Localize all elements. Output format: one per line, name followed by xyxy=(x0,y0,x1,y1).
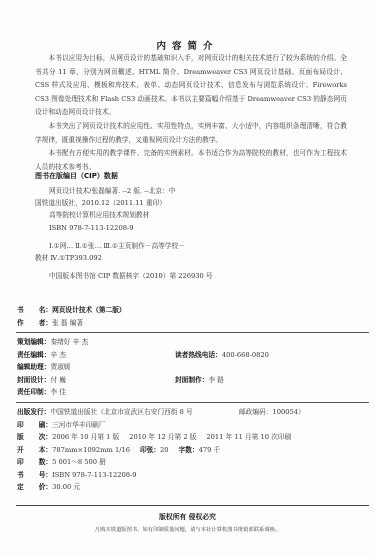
postcode-label: 邮政编码： xyxy=(239,408,272,416)
label: 刷： xyxy=(39,421,52,429)
cip-line: 中国版本图书馆 CIP 数据核字（2010）第 226930 号 xyxy=(35,270,335,282)
price-value: 30.00 元 xyxy=(52,481,80,494)
label: 版 xyxy=(17,433,24,441)
copyright-page: 内容简介 本书以应用为目标，从网页设计的基础知识入手，对网页设计的相关技术进行了… xyxy=(0,0,375,557)
cip-line: Ⅰ.①网… Ⅱ.①张… Ⅲ.①主页制作－高等学校－ xyxy=(35,240,335,252)
cover-design-value: 付 巍 xyxy=(50,374,66,387)
publisher-row: 出版发行：中国铁道出版社（北京市宣武区右安门西街 8 号 邮政编码：100054… xyxy=(17,406,362,419)
postcode: 邮政编码：100054） xyxy=(239,406,305,419)
responsible-editor-row: 责任编辑：辛 杰 读者热线电话：400-668-0820 xyxy=(17,349,362,362)
label: 印 xyxy=(17,421,24,429)
hotline-value: 400-668-0820 xyxy=(222,349,269,362)
cover-make-label: 封面制作： xyxy=(175,374,208,387)
book-title-row: 书名：网页设计技术（第二版） xyxy=(17,304,362,317)
label: 作 xyxy=(17,319,24,327)
cip-line: 高等院校计算机应用技术规划教材 xyxy=(35,209,335,221)
intro-paragraph-2: 本书突出了网页设计技术的应用性、实用性特点，实例丰富、大小适中，内容组织条理清晰… xyxy=(35,120,347,147)
label: 书 xyxy=(17,306,24,314)
edition-value-2: 2010 年 12 月第 2 版 xyxy=(129,431,196,444)
planning-editor-row: 策划编辑：秦绪好 辛 杰 xyxy=(17,336,362,349)
price-row: 定价：30.00 元 xyxy=(17,481,362,494)
cover-make: 封面制作：李 路 xyxy=(175,374,224,387)
print-supervisor-label: 责任印制： xyxy=(17,386,50,399)
hotline-label: 读者热线电话： xyxy=(175,349,222,362)
label: 本： xyxy=(39,446,52,454)
hotline: 读者热线电话：400-668-0820 xyxy=(175,349,269,362)
label: 书 xyxy=(17,471,24,479)
cover-make-value: 李 路 xyxy=(208,374,224,387)
label: 印 xyxy=(17,458,24,466)
label: 定 xyxy=(17,483,24,491)
publisher-label: 出版发行： xyxy=(17,406,50,419)
divider xyxy=(16,332,369,333)
format-row: 开本：787mm×1092mm 1/16印张：20字数：479 千 xyxy=(17,444,362,457)
assistant-editor-row: 编辑助理：贾淑媛 xyxy=(17,361,362,374)
printer-value: 三河市华丰印刷厂 xyxy=(52,419,106,432)
publisher-value: 中国铁道出版社（北京市宣武区右安门西街 8 号 xyxy=(50,406,192,419)
edition-value-3: 2011 年 11 月第 10 次印刷 xyxy=(206,431,291,444)
cip-block: 图书在版编目（CIP）数据 网页设计技术/张磊编著. --2 版. --北京：中… xyxy=(35,170,335,282)
intro-paragraph-1: 本书以应用为目标，从网页设计的基础知识入手，对网页设计的相关技术进行了较为系统的… xyxy=(35,52,347,120)
divider xyxy=(16,505,369,506)
cip-line: 网页设计技术/张磊编著. --2 版. --北京：中 xyxy=(35,185,335,197)
cip-line: ISBN 978-7-113-12208-9 xyxy=(35,222,335,234)
footer-note: 凡购买铁道版图书，如有印制质量问题，请与本社计算机图书批销部联系调换。 xyxy=(0,525,375,533)
book-title-value: 网页设计技术（第二版） xyxy=(52,304,126,317)
cover-design-label: 封面设计： xyxy=(17,374,50,387)
label: 价： xyxy=(39,483,52,491)
edition-row: 版次：2006 年 10 月第 1 版2010 年 12 月第 2 版2011 … xyxy=(17,431,362,444)
responsible-editor-label: 责任编辑： xyxy=(17,349,50,362)
intro-body: 本书以应用为目标，从网页设计的基础知识入手，对网页设计的相关技术进行了较为系统的… xyxy=(35,52,347,174)
cip-title: 图书在版编目（CIP）数据 xyxy=(35,170,335,183)
copies-value: 5 001～8 500 册 xyxy=(52,456,106,469)
edition-value-1: 2006 年 10 月第 1 版 xyxy=(52,431,119,444)
print-supervisor-value: 李 佳 xyxy=(50,386,66,399)
label: 开 xyxy=(17,446,24,454)
sheets-value: 20 xyxy=(160,444,169,457)
sheets-label: 印张： xyxy=(140,444,160,457)
label: 数： xyxy=(39,458,52,466)
label: 次： xyxy=(39,433,52,441)
postcode-value: 100054） xyxy=(272,408,304,416)
planning-editor-value: 秦绪好 辛 杰 xyxy=(50,336,88,349)
book-author-row: 作者：张 磊 编著 xyxy=(17,317,362,330)
book-info: 书名：网页设计技术（第二版） 作者：张 磊 编著 xyxy=(17,304,362,329)
planning-editor-label: 策划编辑： xyxy=(17,336,50,349)
print-supervisor-row: 责任印制：李 佳 xyxy=(17,386,362,399)
words-value: 479 千 xyxy=(199,444,221,457)
intro-title: 内容简介 xyxy=(0,38,375,52)
assistant-editor-label: 编辑助理： xyxy=(17,361,50,374)
responsible-editor-value: 辛 杰 xyxy=(50,349,66,362)
cover-design-row: 封面设计：付 巍 封面制作：李 路 xyxy=(17,374,362,387)
copyright-notice: 版权所有 侵权必究 xyxy=(0,511,375,521)
assistant-editor-value: 贾淑媛 xyxy=(50,361,70,374)
divider xyxy=(16,402,369,403)
book-author-value: 张 磊 编著 xyxy=(52,317,83,330)
cip-line: 教材 Ⅳ.①TP393.092 xyxy=(35,252,335,264)
cip-line: 国铁道出版社，2010.12（2011.11 重印） xyxy=(35,197,335,209)
printer-row: 印刷：三河市华丰印刷厂 xyxy=(17,419,362,432)
format-value: 787mm×1092mm 1/16 xyxy=(52,444,130,457)
isbn-row: 书号：ISBN 978-7-113-12208-9 xyxy=(17,469,362,482)
label: 名： xyxy=(39,306,52,314)
publishing-block: 出版发行：中国铁道出版社（北京市宣武区右安门西街 8 号 邮政编码：100054… xyxy=(17,406,362,494)
copies-row: 印数：5 001～8 500 册 xyxy=(17,456,362,469)
words-label: 字数： xyxy=(179,444,199,457)
editors-block: 策划编辑：秦绪好 辛 杰 责任编辑：辛 杰 读者热线电话：400-668-082… xyxy=(17,336,362,399)
label: 者： xyxy=(39,319,52,327)
isbn-value: ISBN 978-7-113-12208-9 xyxy=(52,469,136,482)
label: 号： xyxy=(39,471,52,479)
